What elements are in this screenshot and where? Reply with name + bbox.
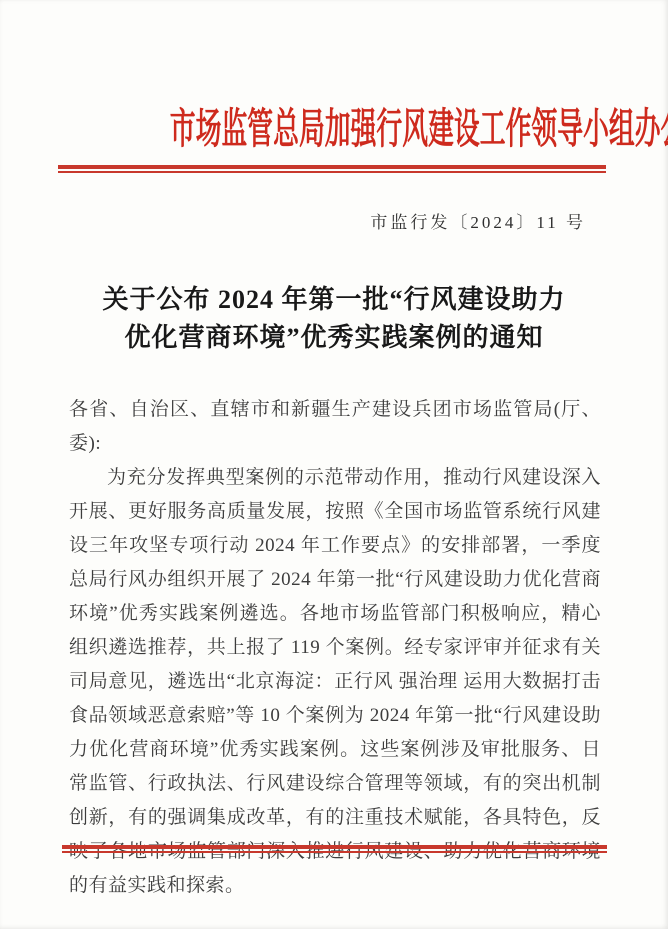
body-paragraph: 为充分发挥典型案例的示范带动作用，推动行风建设深入开展、更好服务高质量发展，按照… [69,461,601,903]
org-header: 市场监管总局加强行风建设工作领导小组办公室 [0,101,668,159]
footer-red-rule [62,845,607,853]
header-red-rule [58,165,606,173]
notice-title: 关于公布 2024 年第一批“行风建设助力 优化营商环境”优秀实践案例的通知 [34,281,634,357]
notice-title-line2: 优化营商环境”优秀实践案例的通知 [34,319,634,357]
notice-title-line1: 关于公布 2024 年第一批“行风建设助力 [34,281,634,319]
document-page: 市场监管总局加强行风建设工作领导小组办公室 市监行发〔2024〕11 号 关于公… [0,0,668,929]
doc-number: 市监行发〔2024〕11 号 [370,208,586,233]
salutation: 各省、自治区、直辖市和新疆生产建设兵团市场监管局(厅、委): [69,393,601,461]
org-header-text: 市场监管总局加强行风建设工作领导小组办公室 [170,101,668,159]
document-body: 各省、自治区、直辖市和新疆生产建设兵团市场监管局(厅、委): 为充分发挥典型案例… [69,393,601,903]
